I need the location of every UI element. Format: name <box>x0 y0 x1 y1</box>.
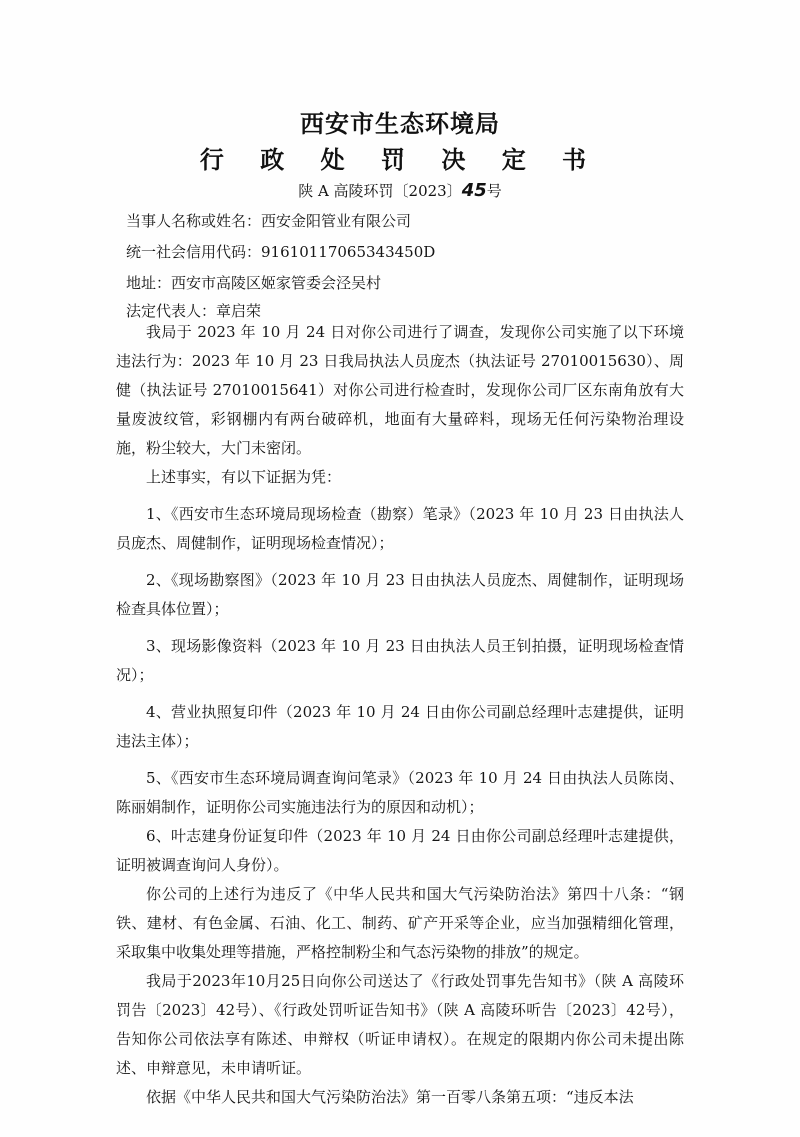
violation-paragraph: 你公司的上述行为违反了《中华人民共和国大气污染防治法》第四十八条：“钢铁、建材、… <box>116 880 684 967</box>
evidence-item-1: 1、《西安市生态环境局现场检查（勘察）笔录》（2023 年 10 月 23 日由… <box>116 500 684 558</box>
document-body: 我局于 2023 年 10 月 24 日对你公司进行了调查，发现你公司实施了以下… <box>116 318 684 1112</box>
party-name-field: 当事人名称或姓名：西安金阳管业有限公司 <box>126 210 411 231</box>
evidence-intro: 上述事实，有以下证据为凭： <box>116 463 684 492</box>
credit-code-label: 统一社会信用代码： <box>126 243 261 261</box>
credit-code-value: 91610117065343450D <box>261 243 435 261</box>
credit-code-field: 统一社会信用代码：91610117065343450D <box>126 241 435 262</box>
agency-title: 西安市生态环境局 <box>0 104 800 139</box>
legal-basis-paragraph: 依据《中华人民共和国大气污染防治法》第一百零八条第五项：“违反本法 <box>116 1083 684 1112</box>
party-name-value: 西安金阳管业有限公司 <box>261 212 411 230</box>
evidence-item-4: 4、营业执照复印件（2023 年 10 月 24 日由你公司副总经理叶志建提供，… <box>116 698 684 756</box>
party-name-label: 当事人名称或姓名： <box>126 212 261 230</box>
document-page: 西安市生态环境局 行 政 处 罚 决 定 书 陕 A 高陵环罚〔2023〕45号… <box>0 0 800 1137</box>
evidence-item-3: 3、现场影像资料（2023 年 10 月 23 日由执法人员王钊拍摄，证明现场检… <box>116 632 684 690</box>
findings-paragraph: 我局于 2023 年 10 月 24 日对你公司进行了调查，发现你公司实施了以下… <box>116 318 684 463</box>
address-value: 西安市高陵区姬家管委会泾吴村 <box>171 274 381 292</box>
notification-paragraph: 我局于2023年10月25日向你公司送达了《行政处罚事先告知书》（陕 A 高陵环… <box>116 967 684 1083</box>
document-number-prefix: 陕 A 高陵环罚〔2023〕 <box>298 182 462 200</box>
evidence-item-5: 5、《西安市生态环境局调查询问笔录》（2023 年 10 月 24 日由执法人员… <box>116 764 684 822</box>
document-type-title: 行 政 处 罚 决 定 书 <box>0 140 800 175</box>
document-number-suffix: 号 <box>487 182 502 200</box>
evidence-item-2: 2、《现场勘察图》（2023 年 10 月 23 日由执法人员庞杰、周健制作，证… <box>116 566 684 624</box>
document-number: 陕 A 高陵环罚〔2023〕45号 <box>0 180 800 201</box>
evidence-item-6: 6、叶志建身份证复印件（2023 年 10 月 24 日由你公司副总经理叶志建提… <box>116 822 684 880</box>
address-field: 地址：西安市高陵区姬家管委会泾吴村 <box>126 272 381 293</box>
address-label: 地址： <box>126 274 171 292</box>
document-number-handwritten: 45 <box>462 180 487 201</box>
